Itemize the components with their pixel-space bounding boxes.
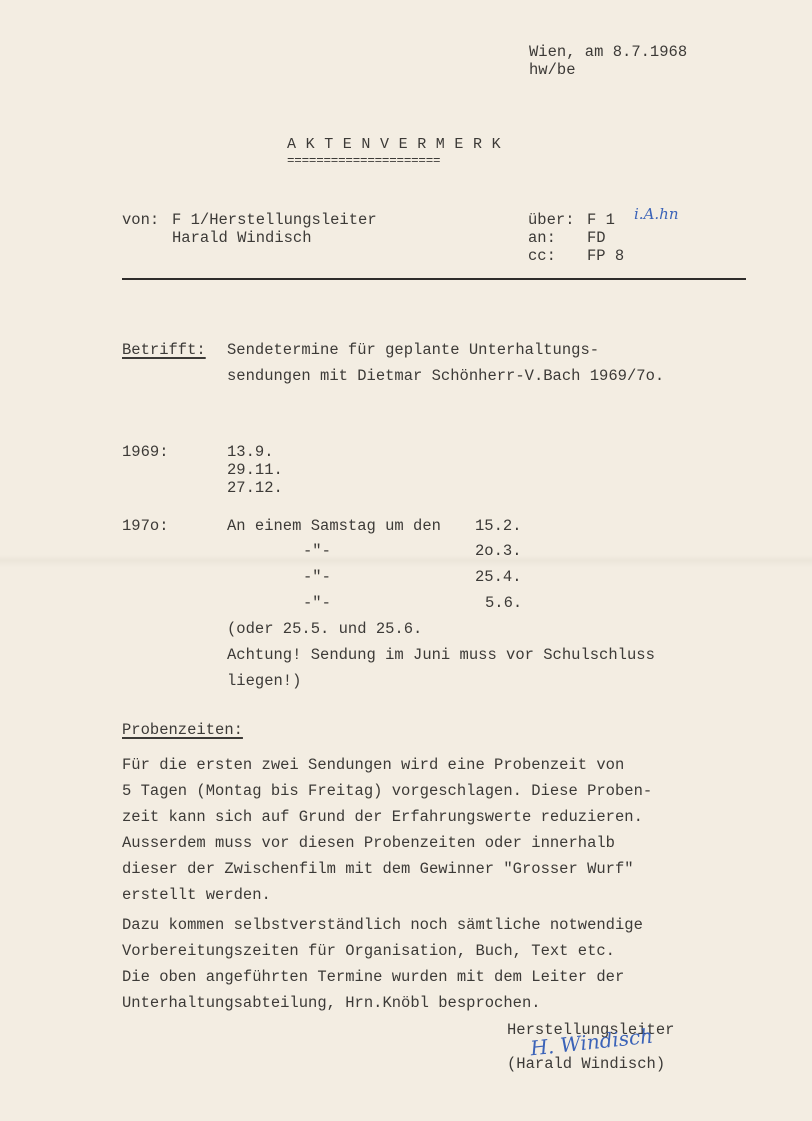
ditto-mark: -"- (303, 542, 331, 560)
subject-label: Betrifft: (122, 341, 206, 359)
von-line2: Harald Windisch (172, 229, 312, 247)
paragraph2-line: Vorbereitungszeiten für Organisation, Bu… (122, 942, 615, 960)
paragraph2-line: Unterhaltungsabteilung, Hrn.Knöbl bespro… (122, 994, 541, 1012)
date-1969-1: 13.9. (227, 443, 274, 461)
year-1969-label: 1969: (122, 443, 169, 461)
paragraph1-line: Ausserdem muss vor diesen Probenzeiten o… (122, 834, 615, 852)
date-1969-2: 29.11. (227, 461, 283, 479)
paragraph1-line: zeit kann sich auf Grund der Erfahrungsw… (122, 808, 643, 826)
place-date: Wien, am 8.7.1968 (529, 43, 687, 61)
ditto-mark: -"- (303, 568, 331, 586)
reference-code: hw/be (529, 61, 576, 79)
schedule-1970-intro: An einem Samstag um den (227, 517, 441, 535)
an-value: FD (587, 229, 606, 247)
paragraph2-line: Die oben angeführten Termine wurden mit … (122, 968, 624, 986)
ueber-value: F 1 (587, 211, 615, 229)
von-line1: F 1/Herstellungsleiter (172, 211, 377, 229)
subject-line2: sendungen mit Dietmar Schönherr-V.Bach 1… (227, 367, 664, 385)
cc-label: cc: (528, 247, 556, 265)
paragraph1-line: dieser der Zwischenfilm mit dem Gewinner… (122, 860, 634, 878)
ueber-handwritten-initials: i.A.hn (634, 205, 679, 223)
paragraph1-line: erstellt werden. (122, 886, 271, 904)
ueber-label: über: (528, 211, 575, 229)
cc-value: FP 8 (587, 247, 624, 265)
title-underline: ===================== (287, 152, 440, 170)
paragraph1-line: 5 Tagen (Montag bis Freitag) vorgeschlag… (122, 782, 652, 800)
horizontal-rule (122, 278, 746, 280)
paragraph2-line: Dazu kommen selbstverständlich noch sämt… (122, 916, 643, 934)
date-1969-3: 27.12. (227, 479, 283, 497)
von-label: von: (122, 211, 159, 229)
rehearsal-heading: Probenzeiten: (122, 721, 243, 739)
date-1970-4: 5.6. (485, 594, 522, 612)
date-1970-2: 2o.3. (475, 542, 522, 560)
schedule-note-line1: (oder 25.5. und 25.6. (227, 620, 422, 638)
subject-line1: Sendetermine für geplante Unterhaltungs- (227, 341, 599, 359)
date-1970-3: 25.4. (475, 568, 522, 586)
ditto-mark: -"- (303, 594, 331, 612)
an-label: an: (528, 229, 556, 247)
schedule-note-line2: Achtung! Sendung im Juni muss vor Schuls… (227, 646, 655, 664)
date-1970-1: 15.2. (475, 517, 522, 535)
schedule-note-line3: liegen!) (227, 672, 301, 690)
signature-name: (Harald Windisch) (507, 1055, 665, 1073)
paragraph1-line: Für die ersten zwei Sendungen wird eine … (122, 756, 624, 774)
year-1970-label: 197o: (122, 517, 169, 535)
